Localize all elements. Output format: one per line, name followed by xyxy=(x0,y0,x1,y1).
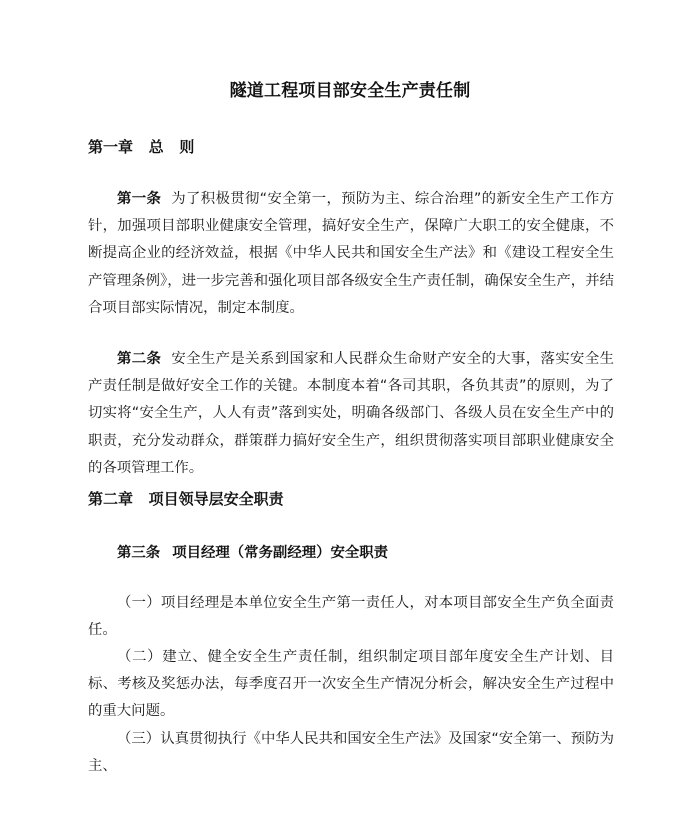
article-number: 第三条 xyxy=(117,545,160,561)
article-2: 第二条安全生产是关系到国家和人民群众生命财产安全的大事，落实安全生产责任制是做好… xyxy=(88,346,614,482)
article-number: 第一条 xyxy=(117,191,161,207)
article-text: 为了积极贯彻“安全第一，预防为主、综合治理”的新安全生产工作方针，加强项目部职业… xyxy=(88,191,614,316)
article-title: 项目经理（常务副经理）安全职责 xyxy=(172,545,388,561)
chapter-heading-1: 第一章 总 则 xyxy=(88,136,194,157)
article-text: 安全生产是关系到国家和人民群众生命财产安全的大事，落实安全生产责任制是做好安全工… xyxy=(88,351,614,476)
document-title: 隧道工程项目部安全生产责任制 xyxy=(0,76,700,101)
article-3-item-2: （二）建立、健全安全生产责任制，组织制定项目部年度安全生产计划、目标、考核及奖惩… xyxy=(88,644,614,726)
chapter-heading-2: 第二章 项目领导层安全职责 xyxy=(88,488,284,509)
article-number: 第二条 xyxy=(117,351,161,367)
article-1: 第一条为了积极贯彻“安全第一，预防为主、综合治理”的新安全生产工作方针，加强项目… xyxy=(88,186,614,322)
article-3-item-1: （一）项目经理是本单位安全生产第一责任人，对本项目部安全生产负全面责任。 xyxy=(88,590,614,644)
article-3-item-3: （三）认真贯彻执行《中华人民共和国安全生产法》及国家“安全第一、预防为主、 xyxy=(88,726,614,780)
article-3-heading: 第三条项目经理（常务副经理）安全职责 xyxy=(117,541,388,562)
document-page: 隧道工程项目部安全生产责任制 第一章 总 则 第一条为了积极贯彻“安全第一，预防… xyxy=(0,0,700,831)
